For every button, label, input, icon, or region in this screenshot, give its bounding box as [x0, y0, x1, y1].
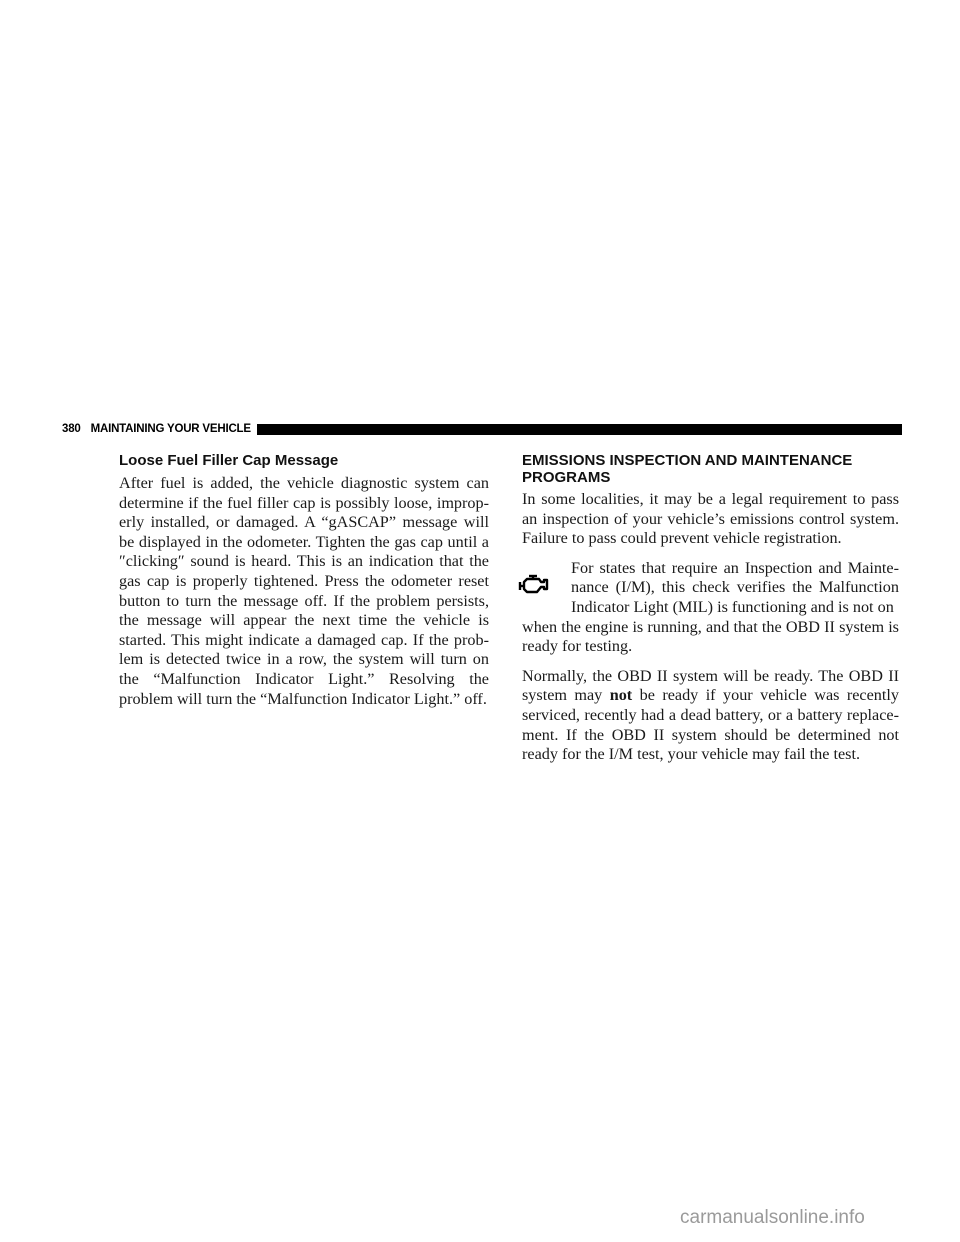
emissions-intro-paragraph: In some localities, it may be a legal re…	[522, 490, 899, 549]
page-header: 380 MAINTAINING YOUR VEHICLE	[62, 422, 902, 436]
page-number: 380	[62, 423, 81, 435]
fuel-cap-paragraph: After fuel is added, the vehicle diagnos…	[119, 474, 489, 709]
section-title: MAINTAINING YOUR VEHICLE	[91, 423, 251, 435]
left-column: Loose Fuel Filler Cap Message After fuel…	[119, 452, 489, 719]
fuel-cap-heading: Loose Fuel Filler Cap Message	[119, 452, 489, 470]
engine-check-icon	[518, 573, 550, 597]
emissions-heading-line2: PROGRAMS	[522, 469, 610, 486]
emissions-heading-line1: EMISSIONS INSPECTION AND MAINTENANCE	[522, 452, 852, 469]
header-rule	[257, 424, 902, 435]
right-column: EMISSIONS INSPECTION AND MAINTENANCE PRO…	[522, 452, 899, 775]
emissions-heading: EMISSIONS INSPECTION AND MAINTENANCE PRO…	[522, 452, 899, 486]
obd-paragraph: Normally, the OBD II system will be read…	[522, 667, 899, 765]
obd-text-bold: not	[610, 686, 633, 704]
mil-paragraph-indented: For states that require an Inspection an…	[522, 559, 899, 618]
mil-paragraph: For states that require an Inspection an…	[522, 559, 899, 657]
mil-paragraph-rest: when the engine is running, and that the…	[522, 618, 899, 657]
watermark: carmanualsonline.info	[680, 1207, 865, 1229]
